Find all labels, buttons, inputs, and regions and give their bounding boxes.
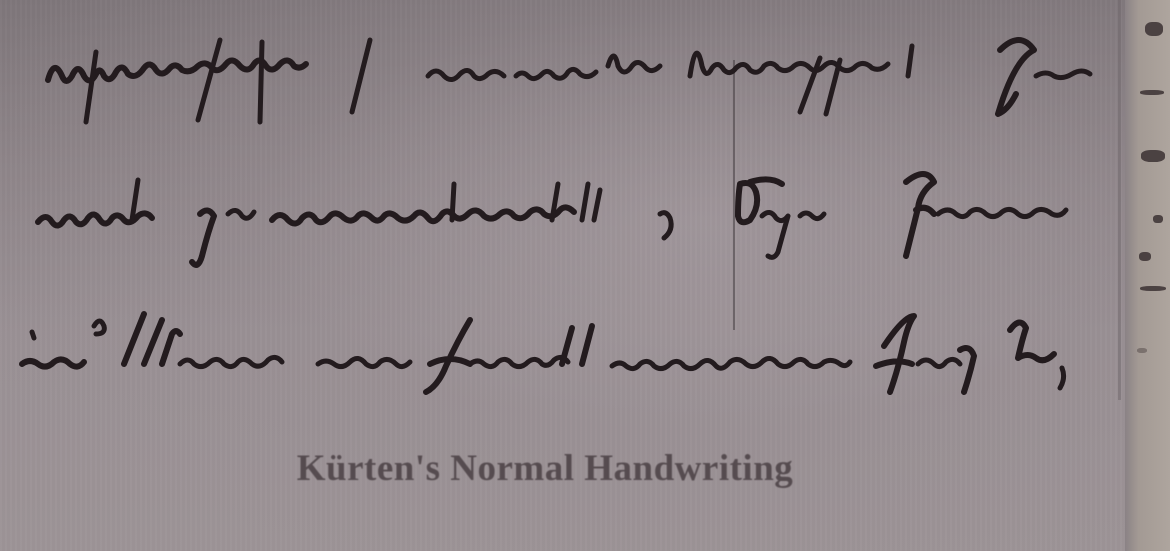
caption: Kürten's Normal Handwriting	[0, 447, 1100, 490]
handwriting-line-1	[0, 10, 1170, 130]
handwriting-line-2	[0, 150, 1170, 270]
document-page: German Kurrent (handwritten) Kürten's No…	[0, 0, 1170, 551]
caption-text: Kürten's Normal Handwriting	[297, 447, 794, 490]
handwriting-line-3	[0, 290, 1170, 410]
handwriting-note: German Kurrent (handwritten)	[0, 0, 1, 1]
